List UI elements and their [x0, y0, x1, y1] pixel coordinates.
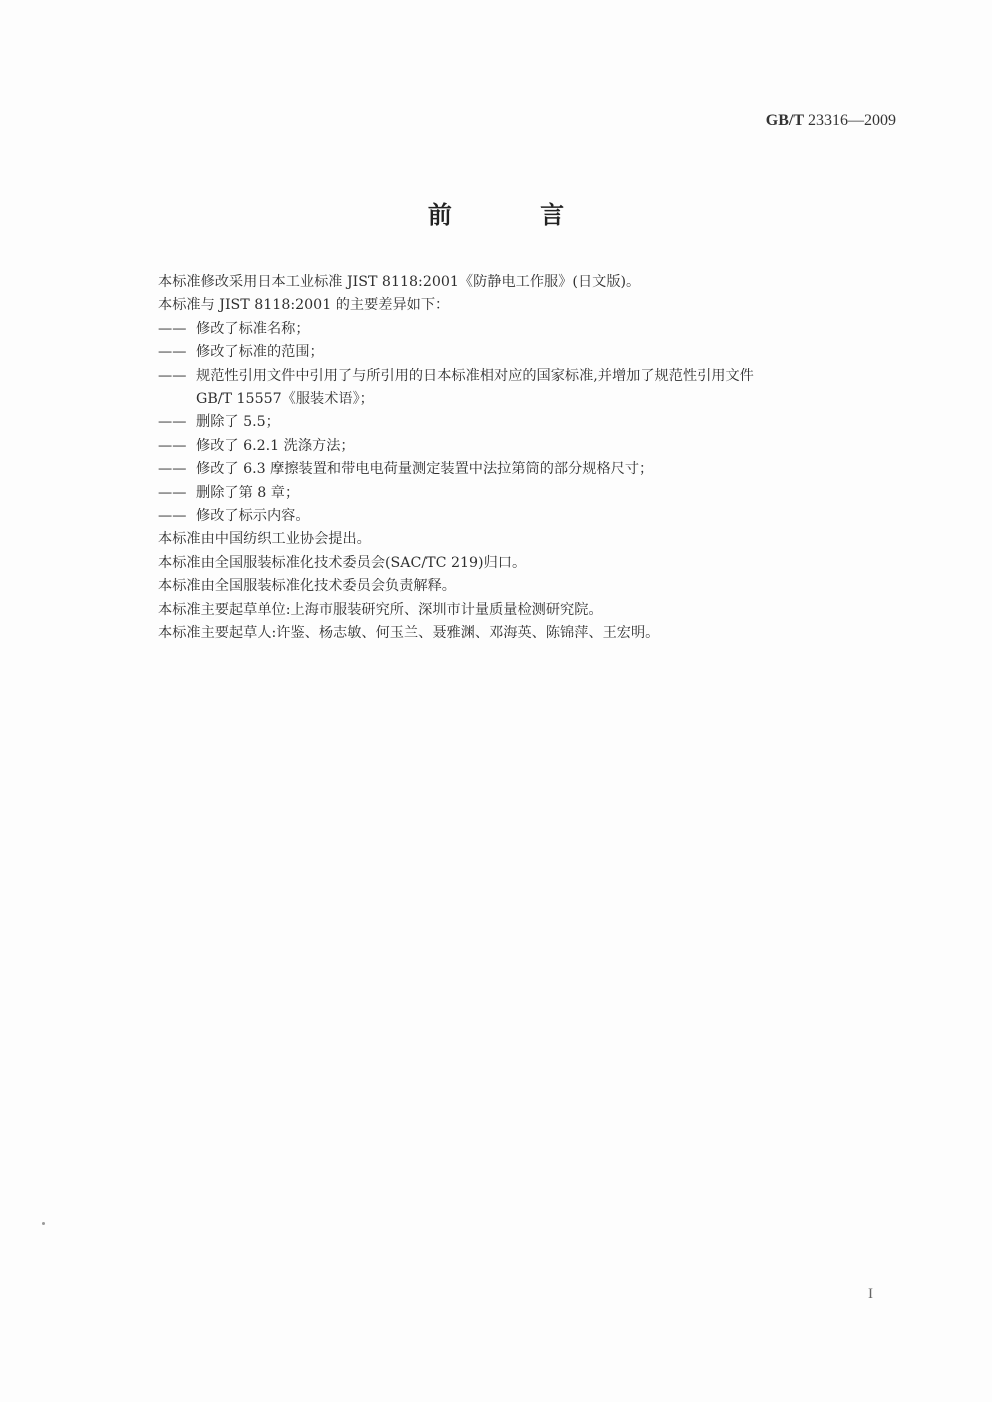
list-item-text: 删除了 5.5；: [196, 414, 280, 430]
dash-marker: ——: [158, 411, 196, 434]
list-item: ——修改了标准名称；: [158, 318, 903, 341]
scan-speck: [42, 1222, 45, 1225]
list-item-continuation: GB/T 15557《服装术语》；: [158, 388, 903, 411]
list-item: ——修改了标准的范围；: [158, 341, 903, 364]
dash-marker: ——: [158, 341, 196, 364]
paragraph: 本标准由全国服装标准化技术委员会(SAC/TC 219)归口。: [158, 552, 903, 575]
document-body: 本标准修改采用日本工业标准 JIST 8118:2001《防静电工作服》(日文版…: [158, 271, 903, 646]
dash-marker: ——: [158, 435, 196, 458]
dash-marker: ——: [158, 505, 196, 528]
standard-prefix: GB/T: [766, 112, 804, 129]
list-item-text: 修改了 6.3 摩擦装置和带电电荷量测定装置中法拉第筒的部分规格尺寸；: [196, 461, 653, 477]
list-item: ——修改了 6.2.1 洗涤方法；: [158, 435, 903, 458]
differences-list: ——修改了标准名称； ——修改了标准的范围； ——规范性引用文件中引用了与所引用…: [158, 318, 903, 529]
list-item-text: 修改了标准名称；: [196, 321, 310, 337]
list-item-text: 修改了 6.2.1 洗涤方法；: [196, 438, 355, 454]
list-item-text: 删除了第 8 章；: [196, 485, 299, 501]
list-item: ——修改了标示内容。: [158, 505, 903, 528]
paragraph: 本标准主要起草人:许鉴、杨志敏、何玉兰、聂雅渊、邓海英、陈锦萍、王宏明。: [158, 622, 903, 645]
list-item: ——修改了 6.3 摩擦装置和带电电荷量测定装置中法拉第筒的部分规格尺寸；: [158, 458, 903, 481]
standard-code: GB/T 23316—2009: [766, 112, 896, 130]
list-item: ——删除了第 8 章；: [158, 482, 903, 505]
paragraph: 本标准与 JIST 8118:2001 的主要差异如下：: [158, 294, 903, 317]
dash-marker: ——: [158, 365, 196, 388]
paragraph: 本标准由中国纺织工业协会提出。: [158, 528, 903, 551]
paragraph: 本标准主要起草单位:上海市服装研究所、深圳市计量质量检测研究院。: [158, 599, 903, 622]
list-item: ——规范性引用文件中引用了与所引用的日本标准相对应的国家标准,并增加了规范性引用…: [158, 365, 903, 412]
page-number: I: [868, 1286, 873, 1303]
list-item-text: 修改了标示内容。: [196, 508, 310, 524]
dash-marker: ——: [158, 458, 196, 481]
page-title: 前 言: [0, 195, 992, 230]
list-item-text: 修改了标准的范围；: [196, 344, 324, 360]
dash-marker: ——: [158, 482, 196, 505]
paragraph: 本标准由全国服装标准化技术委员会负责解释。: [158, 575, 903, 598]
list-item-text: 规范性引用文件中引用了与所引用的日本标准相对应的国家标准,并增加了规范性引用文件: [196, 368, 754, 384]
paragraph: 本标准修改采用日本工业标准 JIST 8118:2001《防静电工作服》(日文版…: [158, 271, 903, 294]
standard-number: 23316—2009: [808, 112, 896, 129]
list-item: ——删除了 5.5；: [158, 411, 903, 434]
dash-marker: ——: [158, 318, 196, 341]
